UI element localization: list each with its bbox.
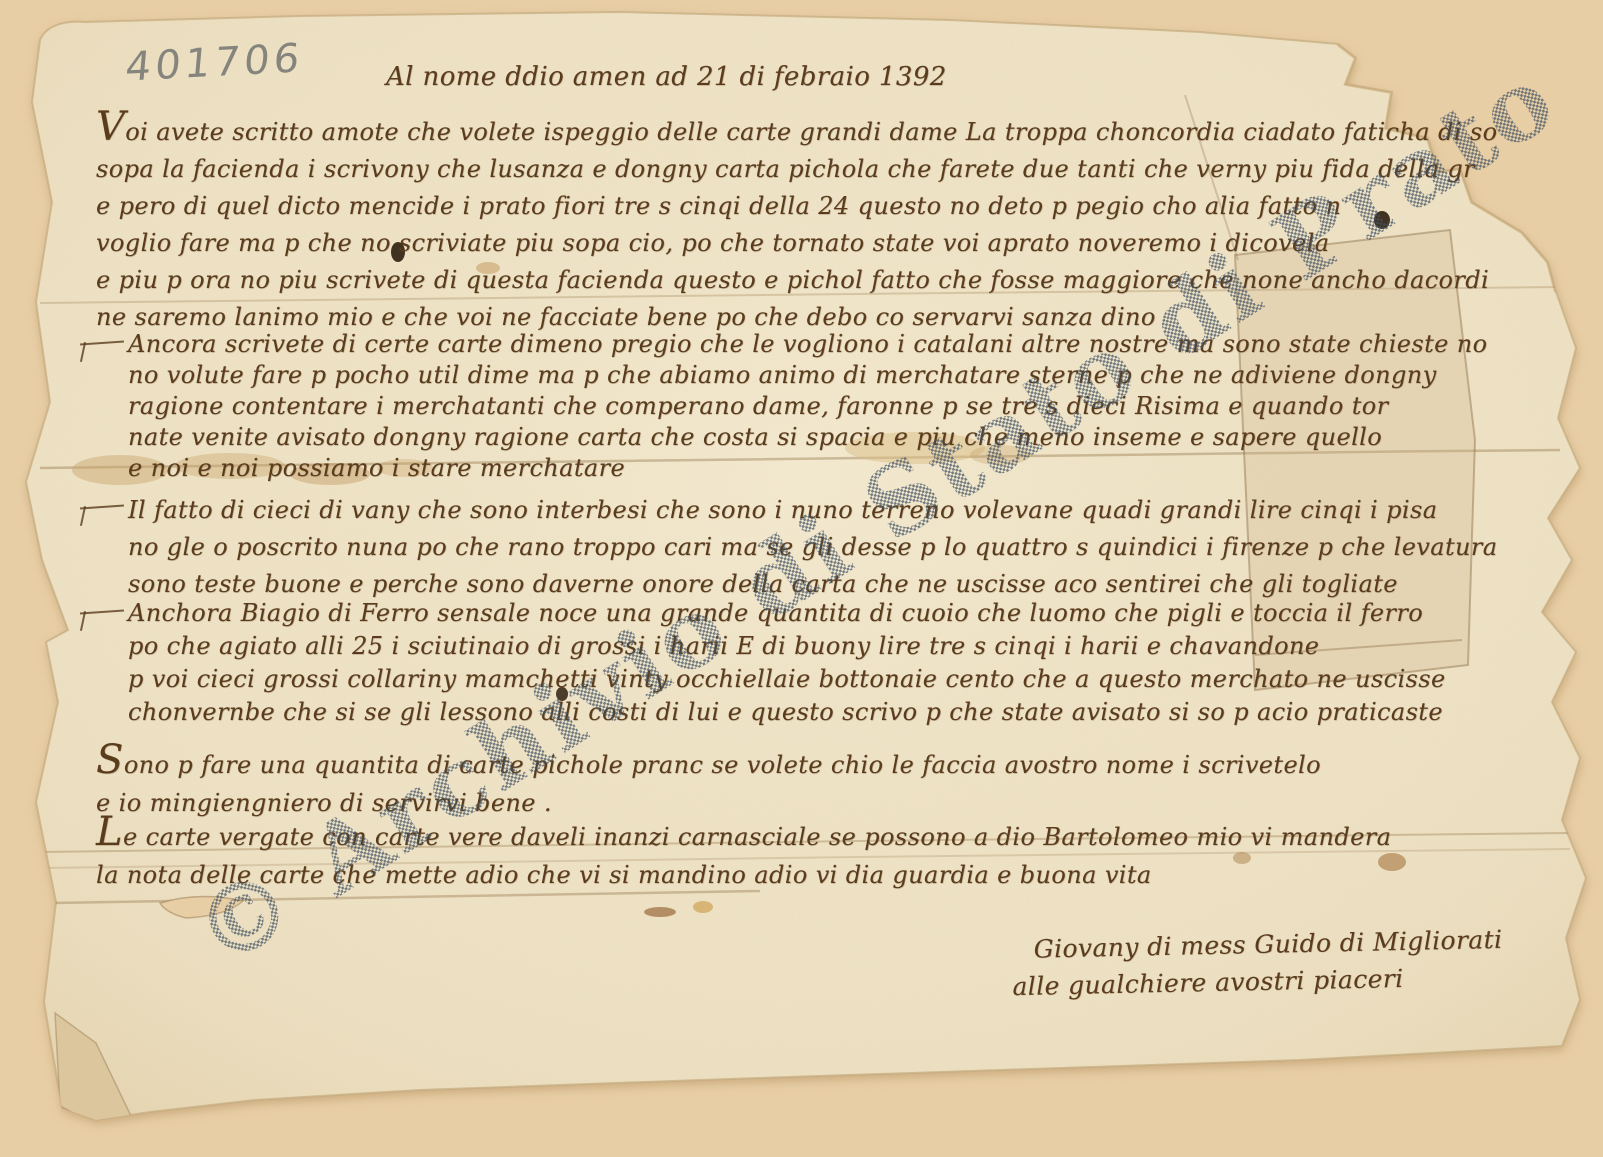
paragraph-5: Sono p fare una quantita di carte pichol… — [96, 746, 1321, 822]
paragraph-mark-icon — [80, 334, 124, 356]
text-line: Ancora scrivete di certe carte dimeno pr… — [128, 329, 1488, 360]
paragraph-mark-icon — [80, 498, 124, 520]
dateline: Al nome ddio amen ad 21 di febraio 1392 — [386, 62, 947, 92]
manuscript-scan: 401706 Al nome ddio amen ad 21 di febrai… — [0, 0, 1603, 1157]
stain — [644, 907, 676, 917]
archival-number: 401706 — [123, 35, 305, 90]
text-line: chonvernbe che si se gli lessono alli co… — [128, 696, 1446, 729]
text-line: no volute fare p pocho util dime ma p ch… — [128, 360, 1488, 391]
signature-block: Giovany di mess Guido di Migliorati alle… — [1011, 921, 1503, 1005]
text-line: Sono p fare una quantita di carte pichol… — [96, 746, 1321, 784]
paragraph-2: Ancora scrivete di certe carte dimeno pr… — [128, 329, 1488, 484]
text-line: ragione contentare i merchatanti che com… — [128, 391, 1488, 422]
stain — [693, 901, 713, 913]
text-line: p voi cieci grossi collariny mamchetti v… — [128, 663, 1446, 696]
text-line: e io mingiengniero di servirvi bene . — [96, 784, 1321, 822]
paragraph-mark-icon — [80, 603, 124, 625]
text-line: Voi avete scritto amote che volete ispeg… — [96, 114, 1497, 151]
text-line: e noi e noi possiamo i stare merchatare — [128, 453, 1488, 484]
text-line: nate venite avisato dongny ragione carta… — [128, 422, 1488, 453]
